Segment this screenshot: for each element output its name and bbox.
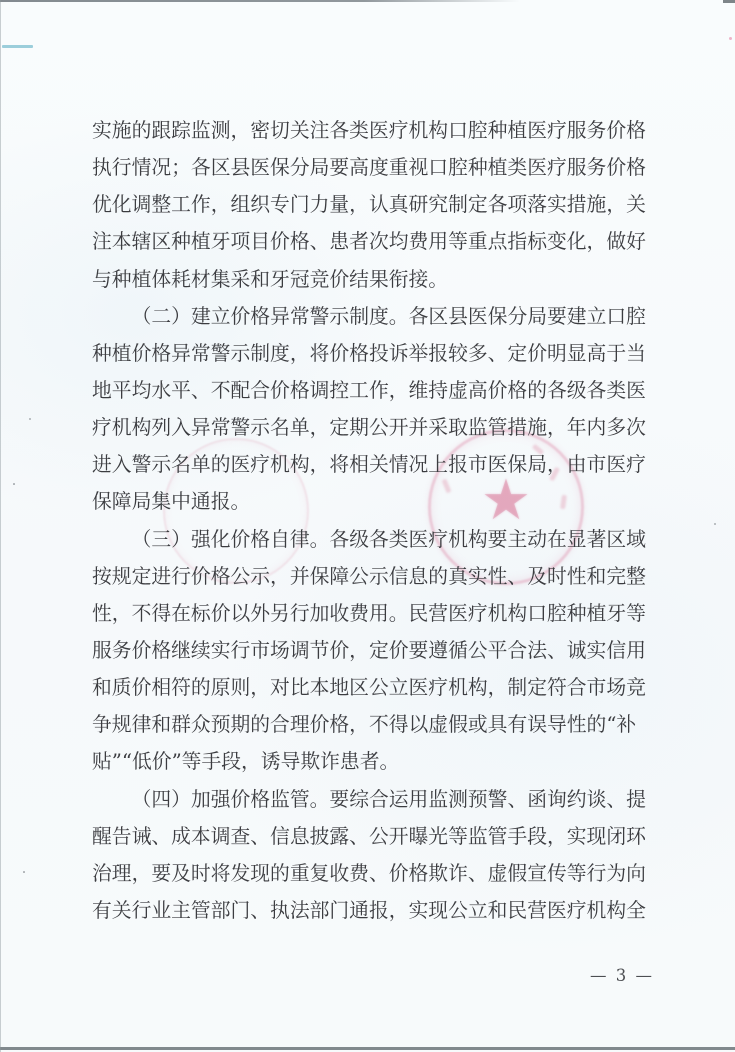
text-line: 服务价格继续实行市场调节价，定价要遵循公平合法、诚实信用: [92, 632, 652, 669]
paragraph: （四）加强价格监管。要综合运用监测预警、函询约谈、提醒告诫、成本调查、信息披露、…: [92, 781, 652, 930]
text-line: 种植价格异常警示制度，将价格投诉举报较多、定价明显高于当: [92, 335, 652, 372]
text-line: 和质价相符的原则，对比本地区公立医疗机构，制定符合市场竞: [92, 669, 652, 706]
dust-speck: [13, 483, 15, 485]
text-line: 治理，要及时将发现的重复收费、价格欺诈、虚假宣传等行为向: [92, 855, 652, 892]
scan-bottom-edge-line: [0, 1047, 735, 1050]
text-line: 按规定进行价格公示，并保障公示信息的真实性、及时性和完整: [92, 558, 652, 595]
text-line: 争规律和群众预期的合理价格，不得以虚假或具有误导性的“补: [92, 706, 652, 743]
text-line: 注本辖区种植牙项目价格、患者次均费用等重点指标变化，做好: [92, 223, 652, 260]
text-line: 醒告诫、成本调查、信息披露、公开曝光等监管手段，实现闭环: [92, 818, 652, 855]
scan-left-edge-line: [0, 0, 1, 1052]
text-line: 实施的跟踪监测，密切关注各类医疗机构口腔种植医疗服务价格: [92, 112, 652, 149]
scan-top-right-nub: [723, 0, 735, 3]
text-line: 性，不得在标价以外另行加收费用。民营医疗机构口腔种植牙等: [92, 595, 652, 632]
text-line: （三）强化价格自律。各级各类医疗机构要主动在显著区域: [92, 521, 652, 558]
scan-pink-speck: [729, 37, 732, 40]
scan-cyan-artifact: [2, 45, 33, 48]
text-line: （四）加强价格监管。要综合运用监测预警、函询约谈、提: [92, 781, 652, 818]
page-number: — 3 —: [590, 966, 654, 985]
paragraph: 实施的跟踪监测，密切关注各类医疗机构口腔种植医疗服务价格执行情况；各区县医保分局…: [92, 112, 652, 298]
dust-speck: [23, 871, 25, 873]
text-line: 与种植体耗材集采和牙冠竞价结果衔接。: [92, 261, 652, 298]
document-body: 实施的跟踪监测，密切关注各类医疗机构口腔种植医疗服务价格执行情况；各区县医保分局…: [92, 112, 652, 929]
scan-top-edge-line: [0, 0, 520, 2]
text-line: （二）建立价格异常警示制度。各区县医保分局要建立口腔: [92, 298, 652, 335]
text-line: 贴”“低价”等手段，诱导欺诈患者。: [92, 743, 652, 780]
dust-speck: [714, 523, 716, 525]
paragraph: （二）建立价格异常警示制度。各区县医保分局要建立口腔种植价格异常警示制度，将价格…: [92, 298, 652, 521]
text-line: 执行情况；各区县医保分局要高度重视口腔种植类医疗服务价格: [92, 149, 652, 186]
text-line: 疗机构列入异常警示名单，定期公开并采取监管措施，年内多次: [92, 409, 652, 446]
text-line: 保障局集中通报。: [92, 483, 652, 520]
text-line: 进入警示名单的医疗机构，将相关情况上报市医保局，由市医疗: [92, 446, 652, 483]
paragraph: （三）强化价格自律。各级各类医疗机构要主动在显著区域按规定进行价格公示，并保障公…: [92, 521, 652, 781]
text-line: 有关行业主管部门、执法部门通报，实现公立和民营医疗机构全: [92, 892, 652, 929]
dust-speck: [29, 418, 31, 420]
text-line: 优化调整工作，组织专门力量，认真研究制定各项落实措施，关: [92, 186, 652, 223]
scanned-document-page: { "page": { "page_number": "— 3 —", "bac…: [0, 0, 735, 1052]
text-line: 地平均水平、不配合价格调控工作，维持虚高价格的各级各类医: [92, 372, 652, 409]
